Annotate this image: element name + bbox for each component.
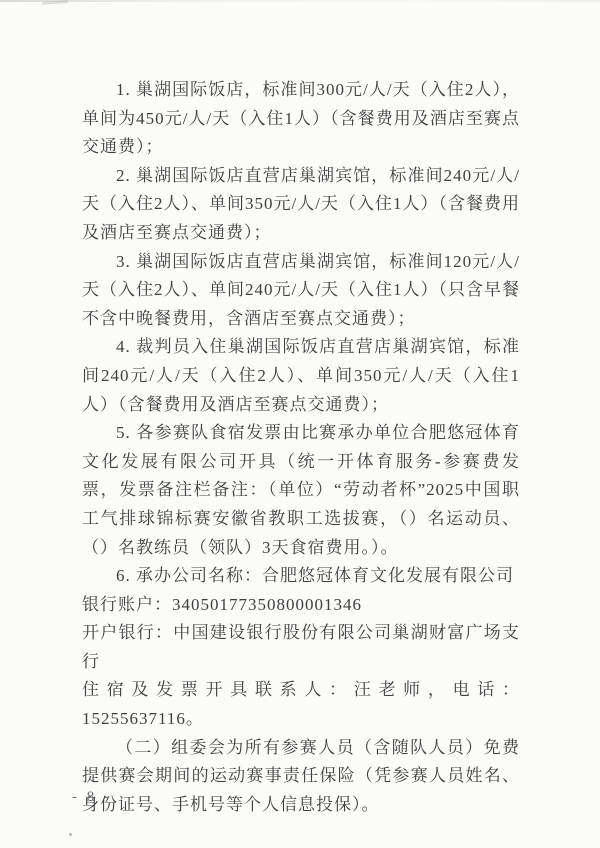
paragraph-bank-account: 银行账户：34050177350800001346 (82, 591, 520, 620)
paragraph-contact-person: 住宿及发票开具联系人：汪老师，电话：15255637116。 (82, 676, 520, 733)
paragraph-hotel-option-2: 2. 巢湖国际饭店直营店巢湖宾馆，标准间240元/人/天（入住2人）、单间350… (82, 162, 520, 248)
scan-artifact-top-edge (0, 0, 600, 2)
paragraph-hotel-option-1: 1. 巢湖国际饭店，标准间300元/人/天（入住2人），单间为450元/人/天（… (82, 76, 520, 162)
paragraph-organizer-company-name: 6. 承办公司名称：合肥悠冠体育文化发展有限公司 (82, 562, 520, 591)
paragraph-referee-lodging: 4. 裁判员入住巢湖国际饭店直营店巢湖宾馆，标准间240元/人/天（入住2人）、… (82, 333, 520, 419)
paragraph-hotel-option-3: 3. 巢湖国际饭店直营店巢湖宾馆，标准间120元/人/天（入住2人）、单间240… (82, 248, 520, 334)
paragraph-insurance-section-2: （二）组委会为所有参赛人员（含随队人员）免费提供赛会期间的运动赛事责任保险（凭参… (82, 734, 520, 820)
scan-artifact-smudge (42, 0, 68, 5)
scan-artifact-speck (69, 833, 72, 836)
scanned-document-page: 1. 巢湖国际饭店，标准间300元/人/天（入住2人），单间为450元/人/天（… (0, 0, 600, 848)
paragraph-invoice-instructions: 5. 各参赛队食宿发票由比赛承办单位合肥悠冠体育文化发展有限公司开具（统一开体育… (82, 419, 520, 562)
document-body: 1. 巢湖国际饭店，标准间300元/人/天（入住2人），单间为450元/人/天（… (82, 76, 520, 819)
paragraph-bank-branch: 开户银行：中国建设银行股份有限公司巢湖财富广场支行 (82, 619, 520, 676)
page-number: - 8 - (72, 789, 112, 806)
